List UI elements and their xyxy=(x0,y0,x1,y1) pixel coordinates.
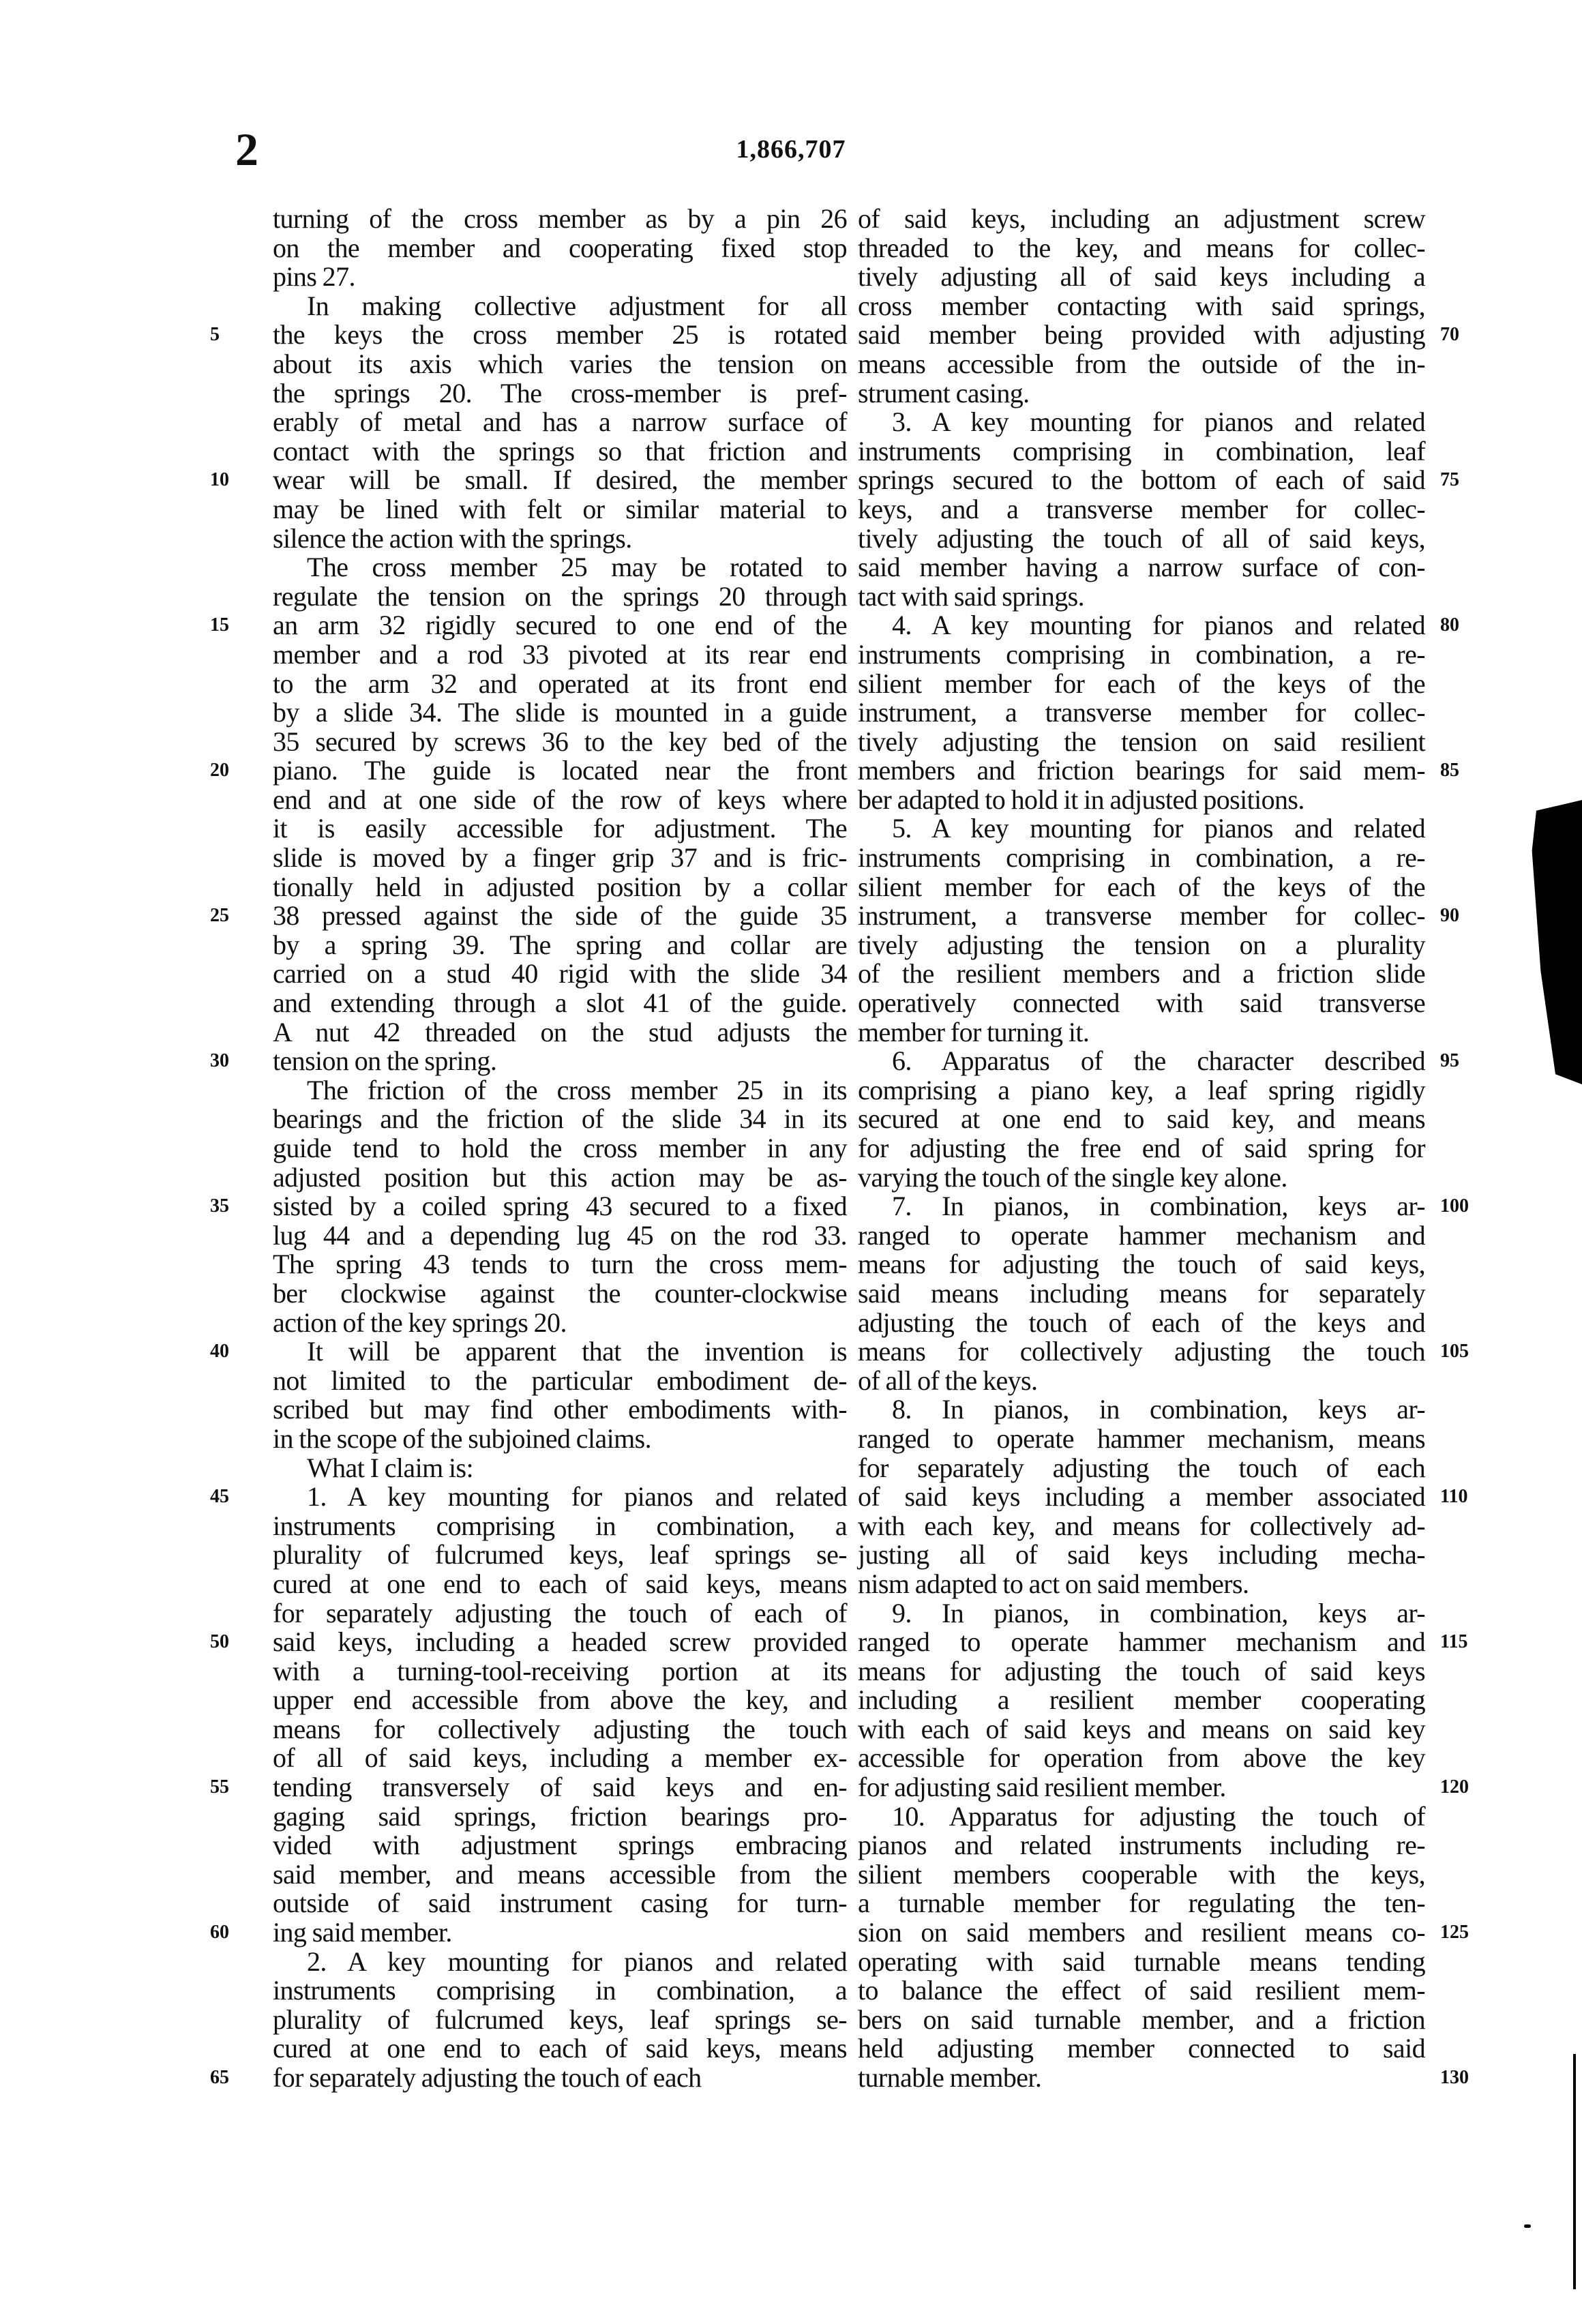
text-line: of all of said keys, including a member … xyxy=(273,1744,847,1773)
text-line: secured at one end to said key, and mean… xyxy=(858,1105,1425,1134)
margin-line-number: 50 xyxy=(210,1628,229,1657)
text-line: 6. Apparatus of the character described xyxy=(858,1047,1425,1076)
text-line: means accessible from the outside of the… xyxy=(858,350,1425,379)
text-line: tively adjusting all of said keys includ… xyxy=(858,263,1425,292)
text-line: slide is moved by a finger grip 37 and i… xyxy=(273,844,847,873)
text-line: silient member for each of the keys of t… xyxy=(858,873,1425,902)
text-line: member and a rod 33 pivoted at its rear … xyxy=(273,640,847,670)
text-line: piano. The guide is located near the fro… xyxy=(273,756,847,786)
text-line: silient member for each of the keys of t… xyxy=(858,670,1425,699)
text-line: In making collective adjustment for all xyxy=(273,292,847,321)
text-line: silient members cooperable with the keys… xyxy=(858,1860,1425,1890)
text-line: for adjusting the free end of said sprin… xyxy=(858,1134,1425,1163)
text-line: varying the touch of the single key alon… xyxy=(858,1163,1425,1193)
margin-line-number: 90 xyxy=(1440,902,1459,931)
text-line: guide tend to hold the cross member in a… xyxy=(273,1134,847,1163)
text-line: instruments comprising in combination, a… xyxy=(858,640,1425,670)
margin-line-number: 125 xyxy=(1440,1918,1469,1948)
text-line: ranged to operate hammer mechanism and xyxy=(858,1628,1425,1657)
text-line: instrument, a transverse member for coll… xyxy=(858,698,1425,728)
text-line: of said keys, including an adjustment sc… xyxy=(858,205,1425,234)
text-line: tively adjusting the touch of all of sai… xyxy=(858,524,1425,554)
text-line: including a resilient member cooperating xyxy=(858,1686,1425,1715)
text-line: with each of said keys and means on said… xyxy=(858,1715,1425,1744)
text-line: in the scope of the subjoined claims. xyxy=(273,1425,847,1454)
text-line: 3. A key mounting for pianos and related xyxy=(858,408,1425,437)
patent-number: 1,866,707 xyxy=(716,136,866,162)
margin-line-number: 25 xyxy=(210,902,229,931)
text-line: for adjusting said resilient member. xyxy=(858,1773,1425,1802)
text-line: upper end accessible from above the key,… xyxy=(273,1686,847,1715)
text-line: held adjusting member connected to said xyxy=(858,2034,1425,2064)
text-line: cured at one end to each of said keys, m… xyxy=(273,2034,847,2064)
text-line: bers on said turnable member, and a fric… xyxy=(858,2006,1425,2035)
text-line: plurality of fulcrumed keys, leaf spring… xyxy=(273,2006,847,2035)
text-line: The friction of the cross member 25 in i… xyxy=(273,1076,847,1105)
text-line: for separately adjusting the touch of ea… xyxy=(858,1454,1425,1483)
scan-artifact-blob xyxy=(1531,799,1582,1086)
text-line: to the arm 32 and operated at its front … xyxy=(273,670,847,699)
text-line: accessible for operation from above the … xyxy=(858,1744,1425,1773)
text-line: said means including means for separatel… xyxy=(858,1279,1425,1309)
page-number: 2 xyxy=(235,126,258,173)
text-line: regulate the tension on the springs 20 t… xyxy=(273,582,847,612)
text-line: carried on a stud 40 rigid with the slid… xyxy=(273,959,847,989)
margin-line-number: 30 xyxy=(210,1047,229,1076)
margin-line-number: 95 xyxy=(1440,1047,1459,1076)
text-line: 2. A key mounting for pianos and related xyxy=(273,1948,847,1977)
left-text-column: turning of the cross member as by a pin … xyxy=(273,205,847,2093)
text-line: The spring 43 tends to turn the cross me… xyxy=(273,1250,847,1279)
margin-line-number: 120 xyxy=(1440,1773,1469,1802)
margin-line-number: 110 xyxy=(1440,1483,1467,1512)
text-line: said member being provided with adjustin… xyxy=(858,321,1425,350)
text-line: with a turning-tool-receiving portion at… xyxy=(273,1657,847,1686)
text-line: 5. A key mounting for pianos and related xyxy=(858,814,1425,844)
margin-line-number: 70 xyxy=(1440,321,1459,350)
text-line: may be lined with felt or similar materi… xyxy=(273,495,847,524)
text-line: adjusted position but this action may be… xyxy=(273,1163,847,1193)
text-line: 35 secured by screws 36 to the key bed o… xyxy=(273,728,847,757)
text-line: by a slide 34. The slide is mounted in a… xyxy=(273,698,847,728)
scan-artifact-edge-line xyxy=(1573,2054,1576,2289)
margin-line-number: 100 xyxy=(1440,1192,1469,1221)
text-line: end and at one side of the row of keys w… xyxy=(273,786,847,815)
text-line: instruments comprising in combination, l… xyxy=(858,437,1425,466)
text-line: to balance the effect of said resilient … xyxy=(858,1976,1425,2006)
text-line: erably of metal and has a narrow surface… xyxy=(273,408,847,437)
text-line: with each key, and means for collectivel… xyxy=(858,1512,1425,1541)
text-line: sisted by a coiled spring 43 secured to … xyxy=(273,1192,847,1221)
text-line: it is easily accessible for adjustment. … xyxy=(273,814,847,844)
right-text-column: of said keys, including an adjustment sc… xyxy=(858,205,1425,2093)
text-line: sion on said members and resilient means… xyxy=(858,1918,1425,1948)
margin-line-number: 5 xyxy=(210,321,220,350)
text-line: 1. A key mounting for pianos and related xyxy=(273,1483,847,1512)
margin-line-number: 80 xyxy=(1440,611,1459,640)
text-line: outside of said instrument casing for tu… xyxy=(273,1889,847,1918)
text-line: tact with said springs. xyxy=(858,582,1425,612)
text-line: 38 pressed against the side of the guide… xyxy=(273,902,847,931)
text-line: means for collectively adjusting the tou… xyxy=(273,1715,847,1744)
text-line: about its axis which varies the tension … xyxy=(273,350,847,379)
margin-line-number: 55 xyxy=(210,1773,229,1802)
text-line: plurality of fulcrumed keys, leaf spring… xyxy=(273,1540,847,1570)
text-line: The cross member 25 may be rotated to xyxy=(273,553,847,582)
margin-line-number: 35 xyxy=(210,1192,229,1221)
text-line: pins 27. xyxy=(273,263,847,292)
text-line: for separately adjusting the touch of ea… xyxy=(273,1599,847,1628)
margin-line-number: 85 xyxy=(1440,756,1459,786)
text-line: turnable member. xyxy=(858,2064,1425,2093)
text-line: operating with said turnable means tendi… xyxy=(858,1948,1425,1977)
text-line: cured at one end to each of said keys, m… xyxy=(273,1570,847,1599)
text-line: 7. In pianos, in combination, keys ar- xyxy=(858,1192,1425,1221)
text-line: on the member and cooperating fixed stop xyxy=(273,234,847,263)
text-line: bearings and the friction of the slide 3… xyxy=(273,1105,847,1134)
text-line: ber clockwise against the counter-clockw… xyxy=(273,1279,847,1309)
text-line: tively adjusting the tension on said res… xyxy=(858,728,1425,757)
text-line: a turnable member for regulating the ten… xyxy=(858,1889,1425,1918)
text-line: tending transversely of said keys and en… xyxy=(273,1773,847,1802)
text-line: silence the action with the springs. xyxy=(273,524,847,554)
scan-artifact-speck xyxy=(1524,2224,1531,2228)
text-line: keys, and a transverse member for collec… xyxy=(858,495,1425,524)
text-line: of all of the keys. xyxy=(858,1367,1425,1396)
text-line: instruments comprising in combination, a… xyxy=(858,844,1425,873)
text-line: strument casing. xyxy=(858,379,1425,408)
margin-line-number: 15 xyxy=(210,611,229,640)
text-line: contact with the springs so that frictio… xyxy=(273,437,847,466)
text-line: and extending through a slot 41 of the g… xyxy=(273,989,847,1018)
margin-line-number: 60 xyxy=(210,1918,229,1948)
margin-line-number: 75 xyxy=(1440,466,1459,495)
text-line: tively adjusting the tension on a plural… xyxy=(858,931,1425,960)
text-line: by a spring 39. The spring and collar ar… xyxy=(273,931,847,960)
margin-line-number: 45 xyxy=(210,1483,229,1512)
text-line: not limited to the particular embodiment… xyxy=(273,1367,847,1396)
text-line: ranged to operate hammer mechanism, mean… xyxy=(858,1425,1425,1454)
text-line: A nut 42 threaded on the stud adjusts th… xyxy=(273,1018,847,1047)
text-line: of the resilient members and a friction … xyxy=(858,959,1425,989)
text-line: operatively connected with said transver… xyxy=(858,989,1425,1018)
text-line: 4. A key mounting for pianos and related xyxy=(858,611,1425,640)
text-line: What I claim is: xyxy=(273,1454,847,1483)
margin-line-number: 105 xyxy=(1440,1337,1469,1367)
margin-line-number: 65 xyxy=(210,2064,229,2093)
text-line: members and friction bearings for said m… xyxy=(858,756,1425,786)
text-line: ranged to operate hammer mechanism and xyxy=(858,1221,1425,1251)
text-line: scribed but may find other embodiments w… xyxy=(273,1395,847,1425)
text-line: instrument, a transverse member for coll… xyxy=(858,902,1425,931)
text-line: wear will be small. If desired, the memb… xyxy=(273,466,847,495)
text-line: member for turning it. xyxy=(858,1018,1425,1047)
text-line: action of the key springs 20. xyxy=(273,1309,847,1338)
text-line: means for collectively adjusting the tou… xyxy=(858,1337,1425,1367)
text-line: adjusting the touch of each of the keys … xyxy=(858,1309,1425,1338)
text-line: comprising a piano key, a leaf spring ri… xyxy=(858,1076,1425,1105)
margin-line-number: 40 xyxy=(210,1337,229,1367)
text-line: gaging said springs, friction bearings p… xyxy=(273,1802,847,1832)
text-line: the keys the cross member 25 is rotated xyxy=(273,321,847,350)
text-line: nism adapted to act on said members. xyxy=(858,1570,1425,1599)
text-line: tension on the spring. xyxy=(273,1047,847,1076)
text-line: instruments comprising in combination, a xyxy=(273,1512,847,1541)
text-line: ing said member. xyxy=(273,1918,847,1948)
text-line: 9. In pianos, in combination, keys ar- xyxy=(858,1599,1425,1628)
text-line: pianos and related instruments including… xyxy=(858,1831,1425,1860)
text-line: 8. In pianos, in combination, keys ar- xyxy=(858,1395,1425,1425)
margin-line-number: 130 xyxy=(1440,2064,1469,2093)
margin-line-number: 10 xyxy=(210,466,229,495)
text-line: threaded to the key, and means for colle… xyxy=(858,234,1425,263)
text-line: the springs 20. The cross-member is pref… xyxy=(273,379,847,408)
text-line: cross member contacting with said spring… xyxy=(858,292,1425,321)
margin-line-number: 20 xyxy=(210,756,229,786)
text-line: said member having a narrow surface of c… xyxy=(858,553,1425,582)
text-line: justing all of said keys including mecha… xyxy=(858,1540,1425,1570)
text-line: means for adjusting the touch of said ke… xyxy=(858,1250,1425,1279)
text-line: It will be apparent that the invention i… xyxy=(273,1337,847,1367)
text-line: for separately adjusting the touch of ea… xyxy=(273,2064,847,2093)
text-line: turning of the cross member as by a pin … xyxy=(273,205,847,234)
text-line: tionally held in adjusted position by a … xyxy=(273,873,847,902)
text-line: lug 44 and a depending lug 45 on the rod… xyxy=(273,1221,847,1251)
text-line: vided with adjustment springs embracing xyxy=(273,1831,847,1860)
text-line: springs secured to the bottom of each of… xyxy=(858,466,1425,495)
text-line: instruments comprising in combination, a xyxy=(273,1976,847,2006)
text-line: said member, and means accessible from t… xyxy=(273,1860,847,1890)
text-line: ber adapted to hold it in adjusted posit… xyxy=(858,786,1425,815)
text-line: of said keys including a member associat… xyxy=(858,1483,1425,1512)
text-line: 10. Apparatus for adjusting the touch of xyxy=(858,1802,1425,1832)
text-line: means for adjusting the touch of said ke… xyxy=(858,1657,1425,1686)
text-line: an arm 32 rigidly secured to one end of … xyxy=(273,611,847,640)
text-line: said keys, including a headed screw prov… xyxy=(273,1628,847,1657)
margin-line-number: 115 xyxy=(1440,1628,1467,1657)
